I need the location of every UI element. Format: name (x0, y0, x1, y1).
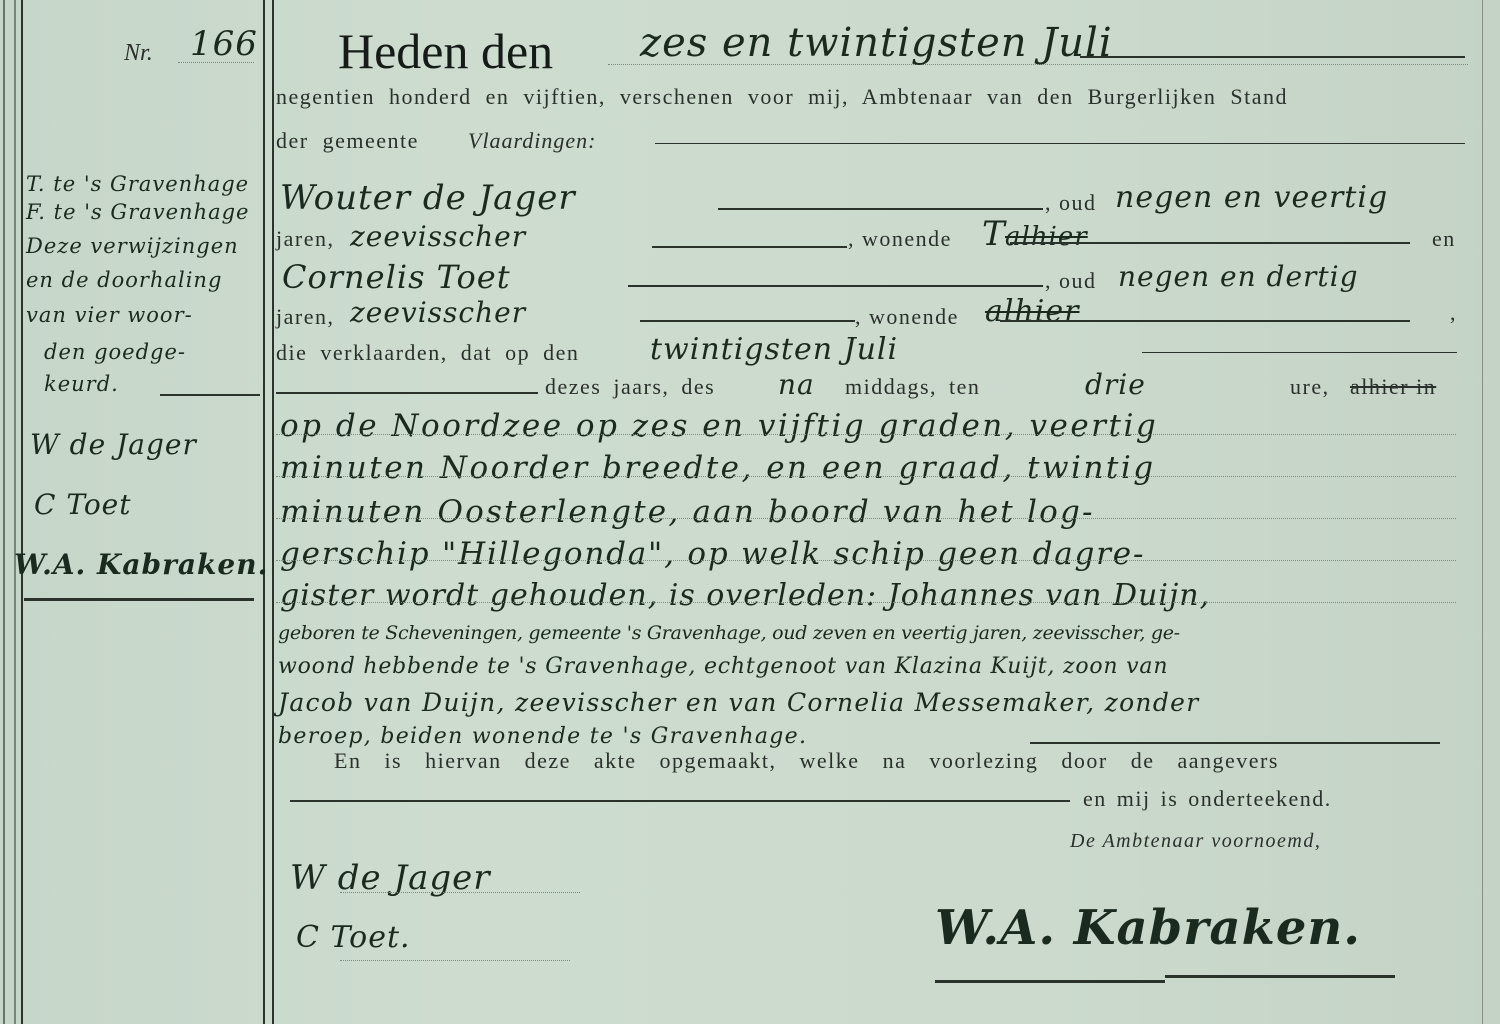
fill-line (640, 320, 855, 322)
years-label: jaren, (276, 304, 334, 330)
margin-border-left (21, 0, 23, 1024)
dotted-line (276, 602, 1456, 603)
declaration-line: beroep, beiden wonende te 's Gravenhage. (278, 724, 807, 749)
dotted-line (276, 434, 1456, 435)
declaration-mid3: ure, (1290, 374, 1330, 400)
separator: , (1450, 300, 1457, 326)
declarant-occupation: zeevisscher (350, 296, 526, 329)
fill-line (1142, 352, 1457, 353)
heading: Heden den (338, 22, 553, 80)
conjunction: en (1432, 226, 1456, 252)
declaration-line: minuten Noorder breedte, en een graad, t… (280, 450, 1156, 486)
dotted-line (276, 476, 1456, 477)
declaration-mid1: dezes jaars, des (545, 374, 715, 400)
signature-underline (24, 598, 254, 601)
fill-line (655, 143, 1465, 144)
residence-marker: T (982, 214, 1006, 254)
margin-signature-official: W.A. Kabraken. (14, 548, 268, 581)
preamble-line: negentien honderd en vijftien, verschene… (276, 84, 1288, 110)
residence-struck: alhier (985, 294, 1080, 329)
closing-line: En is hiervan deze akte opgemaakt, welke… (334, 748, 1279, 774)
declarant-name: Wouter de Jager (280, 178, 576, 218)
declaration-line: gerschip "Hillegonda", op welk schip gee… (280, 536, 1145, 572)
margin-note: van vier woor- (26, 303, 193, 327)
declaration-line: geboren te Scheveningen, gemeente 's Gra… (278, 622, 1180, 644)
record-number-value: 166 (190, 24, 258, 64)
residence-struck: alhier (1005, 222, 1088, 252)
fill-line (1010, 242, 1410, 244)
declarant-signature: C Toet. (296, 920, 411, 955)
declarant-age: negen en dertig (1118, 260, 1359, 293)
fill-line (160, 394, 260, 396)
years-label: jaren, (276, 226, 334, 252)
civil-registry-death-record: Nr. 166 Heden den zes en twintigsten Jul… (0, 0, 1500, 1024)
page-edge-line-right (1482, 0, 1483, 1024)
declarant-age: negen en veertig (1115, 180, 1388, 215)
signature-underline (935, 980, 1165, 983)
margin-border-right (263, 0, 265, 1024)
death-date: twintigsten Juli (650, 332, 898, 367)
residence-label: , wonende (855, 304, 959, 330)
fill-line (1080, 56, 1465, 58)
official-signature: W.A. Kabraken. (935, 900, 1361, 956)
official-label: De Ambtenaar voornoemd, (1070, 830, 1321, 853)
margin-note: den goedge- (44, 340, 186, 364)
dotted-line (276, 560, 1456, 561)
margin-signature: W de Jager (30, 428, 197, 461)
record-number-label: Nr. (124, 40, 153, 67)
fill-line (1000, 320, 1410, 322)
margin-signature: C Toet (34, 488, 132, 521)
margin-border-right-inner (272, 0, 274, 1024)
page-edge-line (14, 0, 16, 1024)
fill-line (718, 208, 1043, 210)
struck-text: alhier in (1350, 374, 1436, 400)
closing-line-2: en mij is onderteekend. (1083, 786, 1332, 812)
municipality-prefix: der gemeente (276, 128, 419, 154)
residence-label: , wonende (848, 226, 952, 252)
margin-note: T. te 's Gravenhage (26, 172, 249, 196)
margin-note: en de doorhaling (26, 268, 222, 292)
page-edge-line (3, 0, 5, 1024)
margin-note: F. te 's Gravenhage (26, 200, 249, 224)
declaration-line: op de Noordzee op zes en vijftig graden,… (280, 408, 1158, 444)
margin-note: Deze verwijzingen (26, 234, 239, 258)
fill-line (290, 800, 1070, 802)
fill-line (628, 285, 1043, 287)
fill-line (276, 392, 538, 394)
municipality-name: Vlaardingen: (468, 128, 597, 154)
dotted-line (276, 518, 1456, 519)
declaration-line: gister wordt gehouden, is overleden: Joh… (280, 578, 1210, 613)
declaration-line: woond hebbende te 's Gravenhage, echtgen… (278, 654, 1168, 679)
death-hour: drie (1085, 368, 1146, 401)
age-label: , oud (1045, 268, 1097, 294)
signature-underline (1165, 975, 1395, 978)
declaration-mid2: middags, ten (845, 374, 980, 400)
declarant-occupation: zeevisscher (350, 220, 526, 253)
margin-note: keurd. (44, 372, 119, 396)
declaration-line: Jacob van Duijn, zeevisscher en van Corn… (278, 688, 1200, 717)
dotted-line (340, 892, 580, 893)
declaration-prefix: die verklaarden, dat op den (276, 340, 579, 366)
declarant-name: Cornelis Toet (282, 258, 511, 296)
age-label: , oud (1045, 190, 1097, 216)
fill-line (652, 246, 847, 248)
fill-line (1030, 742, 1440, 744)
part-of-day: na (778, 368, 815, 401)
declaration-line: minuten Oosterlengte, aan boord van het … (280, 494, 1095, 530)
date-handwritten: zes en twintigsten Juli (640, 20, 1113, 66)
dotted-line (340, 960, 570, 961)
